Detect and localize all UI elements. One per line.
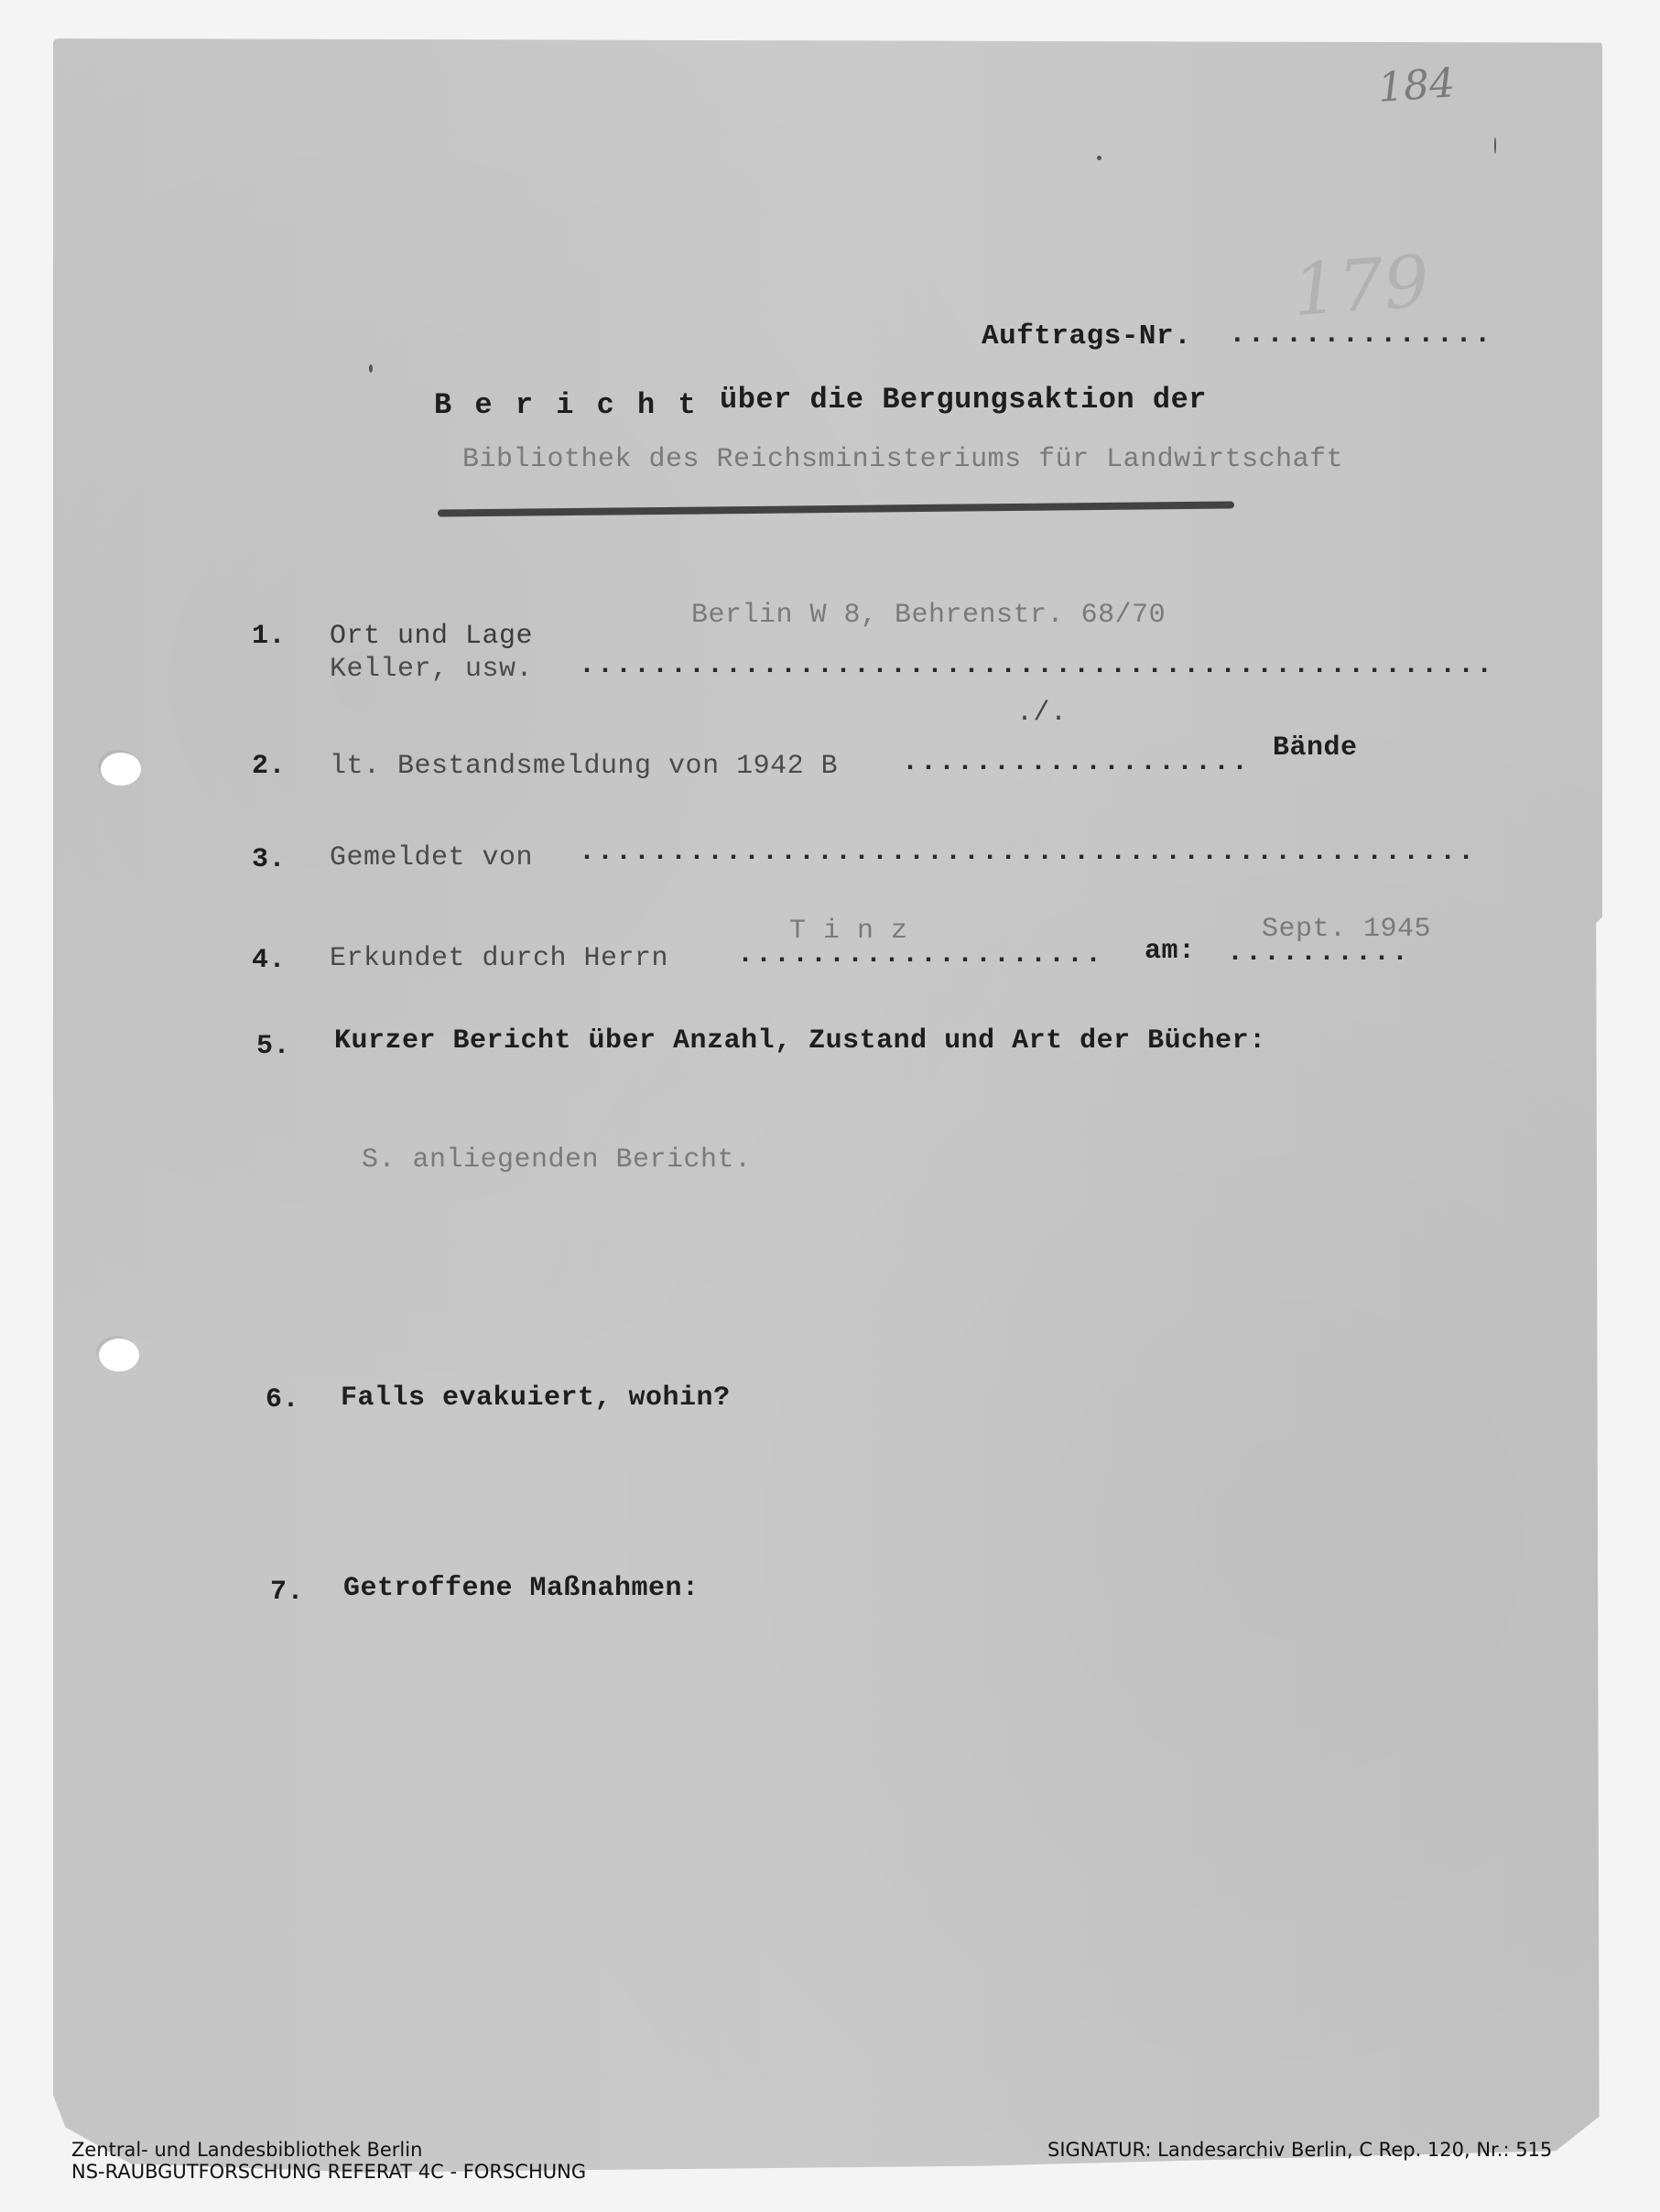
item-6-number: 6. (266, 1384, 299, 1415)
item-4-date-label: am: (1145, 936, 1196, 967)
item-3-label: Gemeldet von (330, 842, 533, 873)
item-4-field: .................... (737, 939, 1103, 970)
item-1-label-line1: Ort und Lage (330, 621, 533, 652)
footer-library-line1: Zentral- und Landesbibliothek Berlin (71, 2139, 586, 2161)
footer-library: Zentral- und Landesbibliothek Berlin NS-… (71, 2139, 586, 2183)
item-1-field: ........................................… (579, 650, 1494, 681)
item-7-number: 7. (270, 1577, 304, 1608)
item-1-label-line2: Keller, usw. (330, 654, 533, 685)
item-5-number: 5. (256, 1031, 290, 1062)
footer-signature: SIGNATUR: Landesarchiv Berlin, C Rep. 12… (1047, 2139, 1552, 2161)
page-number-stamp: 184 (1376, 60, 1456, 112)
punch-hole-upper (101, 753, 141, 786)
item-5-label: Kurzer Bericht über Anzahl, Zustand und … (334, 1025, 1266, 1057)
order-number-field: .............. (1229, 319, 1492, 351)
item-3-number: 3. (252, 844, 286, 875)
ink-speck (1494, 137, 1496, 154)
item-2-field: ................... (902, 747, 1250, 778)
item-4-label: Erkundet durch Herrn (330, 943, 668, 974)
item-3-field: ........................................… (579, 837, 1476, 868)
item-2-label: lt. Bestandsmeldung von 1942 B (330, 751, 838, 782)
document-page (53, 38, 1602, 2181)
item-2-number: 2. (252, 751, 286, 782)
item-4-number: 4. (252, 945, 286, 976)
item-1-number: 1. (252, 621, 286, 652)
punch-hole-lower (99, 1339, 139, 1372)
report-subject: Bibliothek des Reichsministeriums für La… (462, 444, 1343, 475)
item-7-label: Getroffene Maßnahmen: (343, 1573, 700, 1604)
item-1-answer: Berlin W 8, Behrenstr. 68/70 (691, 600, 1166, 631)
ink-speck (1097, 156, 1101, 160)
item-2-suffix: Bände (1273, 732, 1358, 764)
order-number-label: Auftrags-Nr. (982, 320, 1191, 352)
report-title-spaced: B e r i c h t (434, 388, 699, 422)
footer-library-line2: NS-RAUBGUTFORSCHUNG REFERAT 4C - FORSCHU… (71, 2161, 586, 2183)
item-4-date-field: .......... (1227, 938, 1410, 969)
item-5-answer: S. anliegenden Bericht. (362, 1144, 752, 1176)
item-6-label: Falls evakuiert, wohin? (341, 1382, 731, 1414)
item-2-answer: ./. (1016, 698, 1068, 729)
ink-speck (369, 364, 373, 373)
report-title-rest: über die Bergungsaktion der (720, 383, 1207, 417)
